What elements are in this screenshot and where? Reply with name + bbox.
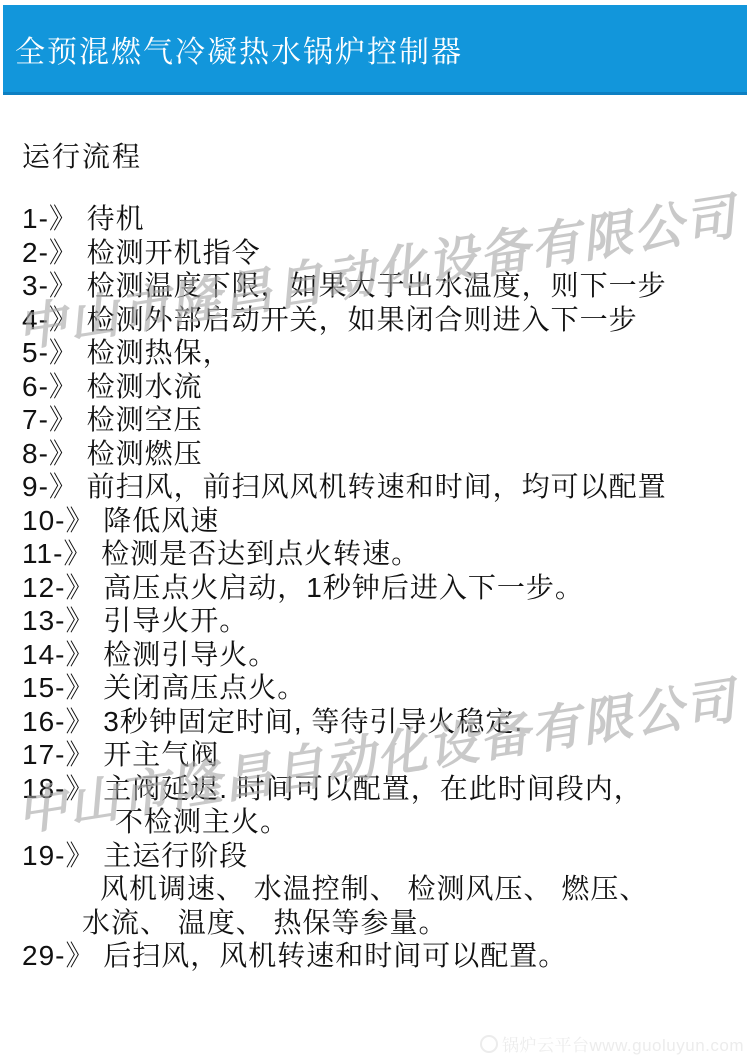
- page-title: 全预混燃气冷凝热水锅炉控制器: [15, 27, 463, 71]
- section-heading: 运行流程: [22, 135, 746, 175]
- flow-step: 5-》 检测热保，: [22, 336, 746, 370]
- flow-step: 7-》 检测空压: [22, 403, 746, 437]
- flow-step: 16-》 3秒钟固定时间, 等待引导火稳定.: [22, 705, 746, 739]
- flow-step-continuation: 水流、 温度、 热保等参量。: [82, 906, 746, 940]
- page: 全预混燃气冷凝热水锅炉控制器 运行流程 1-》 待机 2-》 检测开机指令 3-…: [0, 0, 750, 1059]
- flow-step: 6-》 检测水流: [22, 370, 746, 404]
- flow-step: 12-》 高压点火启动，1秒钟后进入下一步。: [22, 571, 746, 605]
- flow-step: 14-》 检测引导火。: [22, 638, 746, 672]
- flow-step: 13-》 引导火开。: [22, 604, 746, 638]
- flow-step: 17-》 开主气阀: [22, 738, 746, 772]
- flow-step: 3-》 检测温度下限，如果大于出水温度，则下一步: [22, 269, 746, 303]
- flow-step: 2-》 检测开机指令: [22, 236, 746, 270]
- flow-step: 1-》 待机: [22, 202, 746, 236]
- flow-step: 15-》 关闭高压点火。: [22, 671, 746, 705]
- flow-step: 18-》 主阀延迟. 时间可以配置，在此时间段内，: [22, 772, 746, 806]
- flow-content: 运行流程 1-》 待机 2-》 检测开机指令 3-》 检测温度下限，如果大于出水…: [0, 98, 750, 973]
- flow-step: 19-》 主运行阶段: [22, 839, 746, 873]
- boiler-cloud-logo-icon: [480, 1035, 498, 1053]
- flow-step: 8-》 检测燃压: [22, 437, 746, 471]
- footer-watermark: 锅炉云平台www.guoluyun.com: [480, 1031, 744, 1056]
- title-bar: 全预混燃气冷凝热水锅炉控制器: [3, 5, 747, 95]
- flow-step: 9-》 前扫风，前扫风风机转速和时间，均可以配置: [22, 470, 746, 504]
- footer-watermark-text: 锅炉云平台www.guoluyun.com: [502, 1031, 744, 1056]
- flow-step: 11-》 检测是否达到点火转速。: [22, 537, 746, 571]
- flow-step: 4-》 检测外部启动开关，如果闭合则进入下一步: [22, 303, 746, 337]
- flow-step: 29-》 后扫风，风机转速和时间可以配置。: [22, 939, 746, 973]
- flow-step: 10-》 降低风速: [22, 504, 746, 538]
- flow-step-continuation: 不检测主火。: [115, 805, 746, 839]
- flow-step-continuation: 风机调速、 水温控制、 检测风压、 燃压、: [100, 872, 746, 906]
